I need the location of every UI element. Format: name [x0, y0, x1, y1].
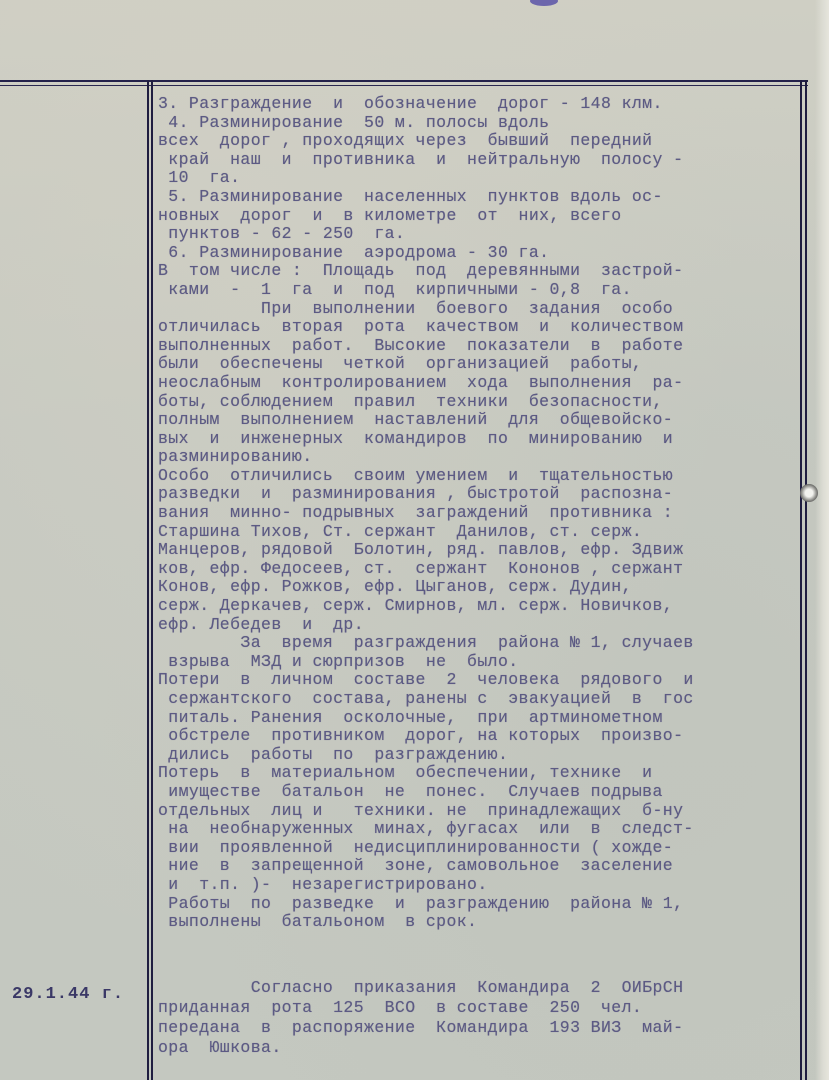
text-line: вии проявленной недисциплинированности (…: [158, 839, 798, 858]
text-line: разминированию.: [158, 448, 798, 467]
text-line: боты, соблюдением правил техники безопас…: [158, 393, 798, 412]
text-line: Особо отличились своим умением и тщатель…: [158, 467, 798, 486]
text-line: взрыва МЗД и сюрпризов не было.: [158, 653, 798, 672]
table-column-divider: [147, 80, 153, 1080]
text-line: 3. Разграждение и обозначение дорог - 14…: [158, 95, 798, 114]
text-line: ние в запрещенной зоне, самовольное засе…: [158, 857, 798, 876]
table-top-border: [0, 80, 808, 86]
text-line: и т.п. )- незарегистрировано.: [158, 876, 798, 895]
text-line: разведки и разминирования , быстротой ра…: [158, 485, 798, 504]
text-line: При выполнении боевого задания особо: [158, 300, 798, 319]
text-line: всех дорог , проходящих через бывший пер…: [158, 132, 798, 151]
page-edge: [815, 0, 829, 1080]
text-line: 6. Разминирование аэродрома - 30 га.: [158, 244, 798, 263]
text-line: За время разграждения района № 1, случае…: [158, 634, 798, 653]
text-line: обстреле противником дорог, на которых п…: [158, 727, 798, 746]
text-line: Работы по разведке и разграждению района…: [158, 895, 798, 914]
text-line: ора Юшкова.: [158, 1038, 798, 1058]
cutoff-next-line: [158, 1068, 798, 1080]
text-line: вания минно- подрывных заграждений проти…: [158, 504, 798, 523]
text-line: вых и инженерных командиров по минирован…: [158, 430, 798, 449]
text-line: Потери в личном составе 2 человека рядов…: [158, 671, 798, 690]
text-line: Старшина Тихов, Ст. сержант Данилов, ст.…: [158, 523, 798, 542]
text-line: пунктов - 62 - 250 га.: [158, 225, 798, 244]
text-line: отдельных лиц и техники. не принадлежащи…: [158, 802, 798, 821]
text-line: дились работы по разграждению.: [158, 746, 798, 765]
text-line: отличилась вторая рота качеством и колич…: [158, 318, 798, 337]
text-line: выполнены батальоном в срок.: [158, 913, 798, 932]
text-line: были обеспечены четкой организацией рабо…: [158, 355, 798, 374]
text-line: на необнаруженных минах, фугасах или в с…: [158, 820, 798, 839]
text-line: 4. Разминирование 50 м. полосы вдоль: [158, 114, 798, 133]
text-line: передана в распоряжение Командира 193 ВИ…: [158, 1018, 798, 1038]
text-line: приданная рота 125 ВСО в составе 250 чел…: [158, 998, 798, 1018]
text-line: серж. Деркачев, серж. Смирнов, мл. серж.…: [158, 597, 798, 616]
text-line: имуществе батальон не понес. Случаев под…: [158, 783, 798, 802]
text-line: 5. Разминирование населенных пунктов вдо…: [158, 188, 798, 207]
text-line: Согласно приказания Командира 2 ОИБрСН: [158, 978, 798, 998]
text-line: неослабным контролированием хода выполне…: [158, 374, 798, 393]
text-line: ефр. Лебедев и др.: [158, 616, 798, 635]
text-line: Потерь в материальном обеспечении, техни…: [158, 764, 798, 783]
text-line: сержантского состава, ранены с эвакуацие…: [158, 690, 798, 709]
punch-hole: [800, 484, 818, 502]
text-line: В том числе : Площадь под деревянными за…: [158, 262, 798, 281]
text-line: полным выполнением наставлений для общев…: [158, 411, 798, 430]
text-line: Манцеров, рядовой Болотин, ряд. павлов, …: [158, 541, 798, 560]
text-line: 10 га.: [158, 169, 798, 188]
text-line: выполненных работ. Высокие показатели в …: [158, 337, 798, 356]
text-line: ками - 1 га и под кирпичными - 0,8 га.: [158, 281, 798, 300]
text-line: новных дорог и в километре от них, всего: [158, 207, 798, 226]
text-line: питаль. Ранения осколочные, при артмином…: [158, 709, 798, 728]
table-right-border: [800, 80, 807, 1080]
margin-date: 29.1.44 г.: [12, 985, 124, 1004]
text-line: Конов, ефр. Рожков, ефр. Цыганов, серж. …: [158, 578, 798, 597]
dated-entry-text: Согласно приказания Командира 2 ОИБрСНпр…: [158, 978, 798, 1058]
text-line: край наш и противника и нейтральную поло…: [158, 151, 798, 170]
text-line: ков, ефр. Федосеев, ст. сержант Кононов …: [158, 560, 798, 579]
report-body-text: 3. Разграждение и обозначение дорог - 14…: [158, 95, 798, 932]
